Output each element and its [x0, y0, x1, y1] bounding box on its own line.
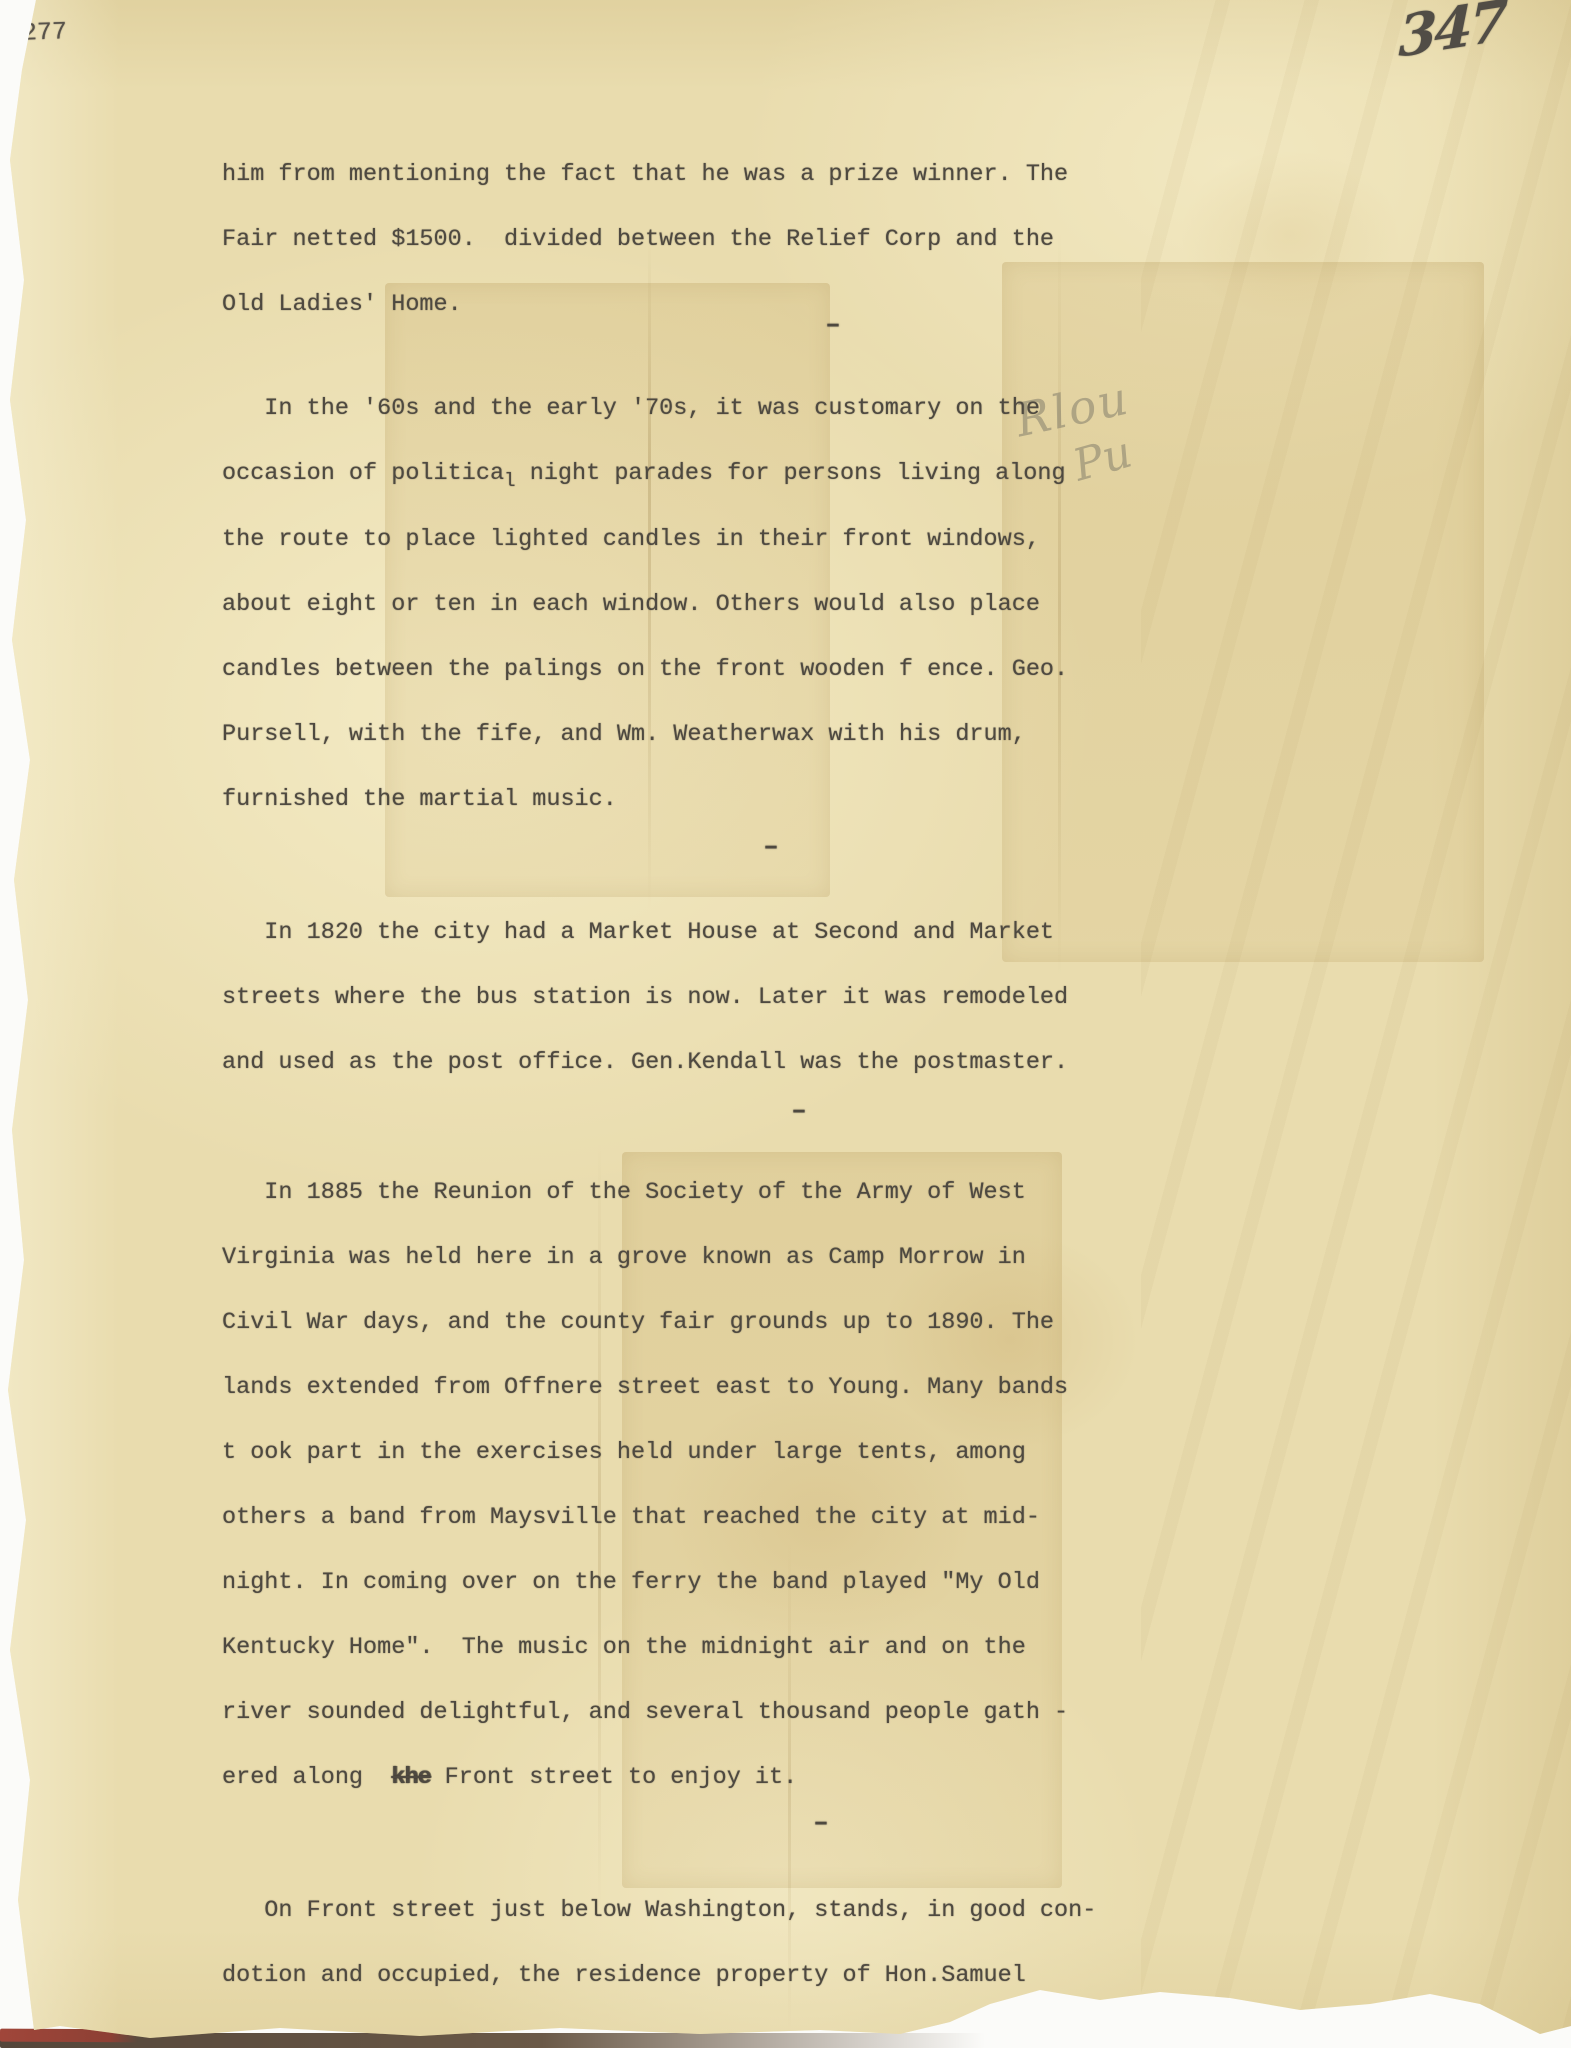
text-line: t ook part in the exercises held under l…	[222, 1420, 1531, 1485]
text-segment: l	[504, 470, 516, 492]
text-line: Fair netted $1500. divided between the R…	[222, 207, 1531, 272]
paragraph-separator: -	[759, 834, 783, 861]
text-line: others a band from Maysville that reache…	[222, 1485, 1531, 1550]
text-line: Kentucky Home". The music on the midnigh…	[222, 1615, 1531, 1680]
document-page: 277 347 Rlou Pu him from mentioning the …	[0, 0, 1571, 2048]
text-line: about eight or ten in each window. Other…	[222, 572, 1531, 637]
paragraph: In 1820 the city had a Market House at S…	[222, 900, 1531, 1095]
scanned-page-background: 277 347 Rlou Pu him from mentioning the …	[0, 0, 1571, 2048]
paragraph: In the '60s and the early '70s, it was c…	[222, 376, 1531, 832]
text-line: ered along khe Front street to enjoy it.	[222, 1745, 1531, 1810]
text-line: Civil War days, and the county fair grou…	[222, 1290, 1531, 1355]
text-line: him from mentioning the fact that he was…	[222, 142, 1531, 207]
text-line: Old Ladies' Home.	[222, 272, 1531, 337]
paragraph-separator: -	[787, 1098, 811, 1125]
paragraph-separator: -	[821, 312, 845, 339]
text-line: Pursell, with the fife, and Wm. Weatherw…	[222, 702, 1531, 767]
paragraph: him from mentioning the fact that he was…	[222, 142, 1531, 337]
text-line: lands extended from Offnere street east …	[222, 1355, 1531, 1420]
text-line: streets where the bus station is now. La…	[222, 965, 1531, 1030]
text-line: On Front street just below Washington, s…	[222, 1878, 1531, 1943]
text-line: dotion and occupied, the residence prope…	[222, 1943, 1531, 2008]
text-line: In 1820 the city had a Market House at S…	[222, 900, 1531, 965]
text-segment: ered along	[222, 1764, 391, 1791]
text-line: night. In coming over on the ferry the b…	[222, 1550, 1531, 1615]
paragraph: On Front street just below Washington, s…	[222, 1878, 1531, 2008]
text-line: and used as the post office. Gen.Kendall…	[222, 1030, 1531, 1095]
text-line: Virginia was held here in a grove known …	[222, 1225, 1531, 1290]
paragraph-separator: -	[809, 1810, 833, 1837]
text-line: the route to place lighted candles in th…	[222, 507, 1531, 572]
text-line: In 1885 the Reunion of the Society of th…	[222, 1160, 1531, 1225]
text-line: furnished the martial music.	[222, 767, 1531, 832]
text-segment: occasion of politica	[222, 460, 504, 487]
text-line: river sounded delightful, and several th…	[222, 1680, 1531, 1745]
text-segment: night parades for persons living along	[516, 460, 1066, 487]
text-segment: Front street to enjoy it.	[431, 1764, 798, 1791]
typewritten-text: him from mentioning the fact that he was…	[0, 0, 1571, 2048]
text-line: occasion of political night parades for …	[222, 441, 1531, 507]
text-line: In the '60s and the early '70s, it was c…	[222, 376, 1531, 441]
paragraph: In 1885 the Reunion of the Society of th…	[222, 1160, 1531, 1810]
text-line: candles between the palings on the front…	[222, 637, 1531, 702]
struck-out-word: khe	[391, 1764, 430, 1791]
